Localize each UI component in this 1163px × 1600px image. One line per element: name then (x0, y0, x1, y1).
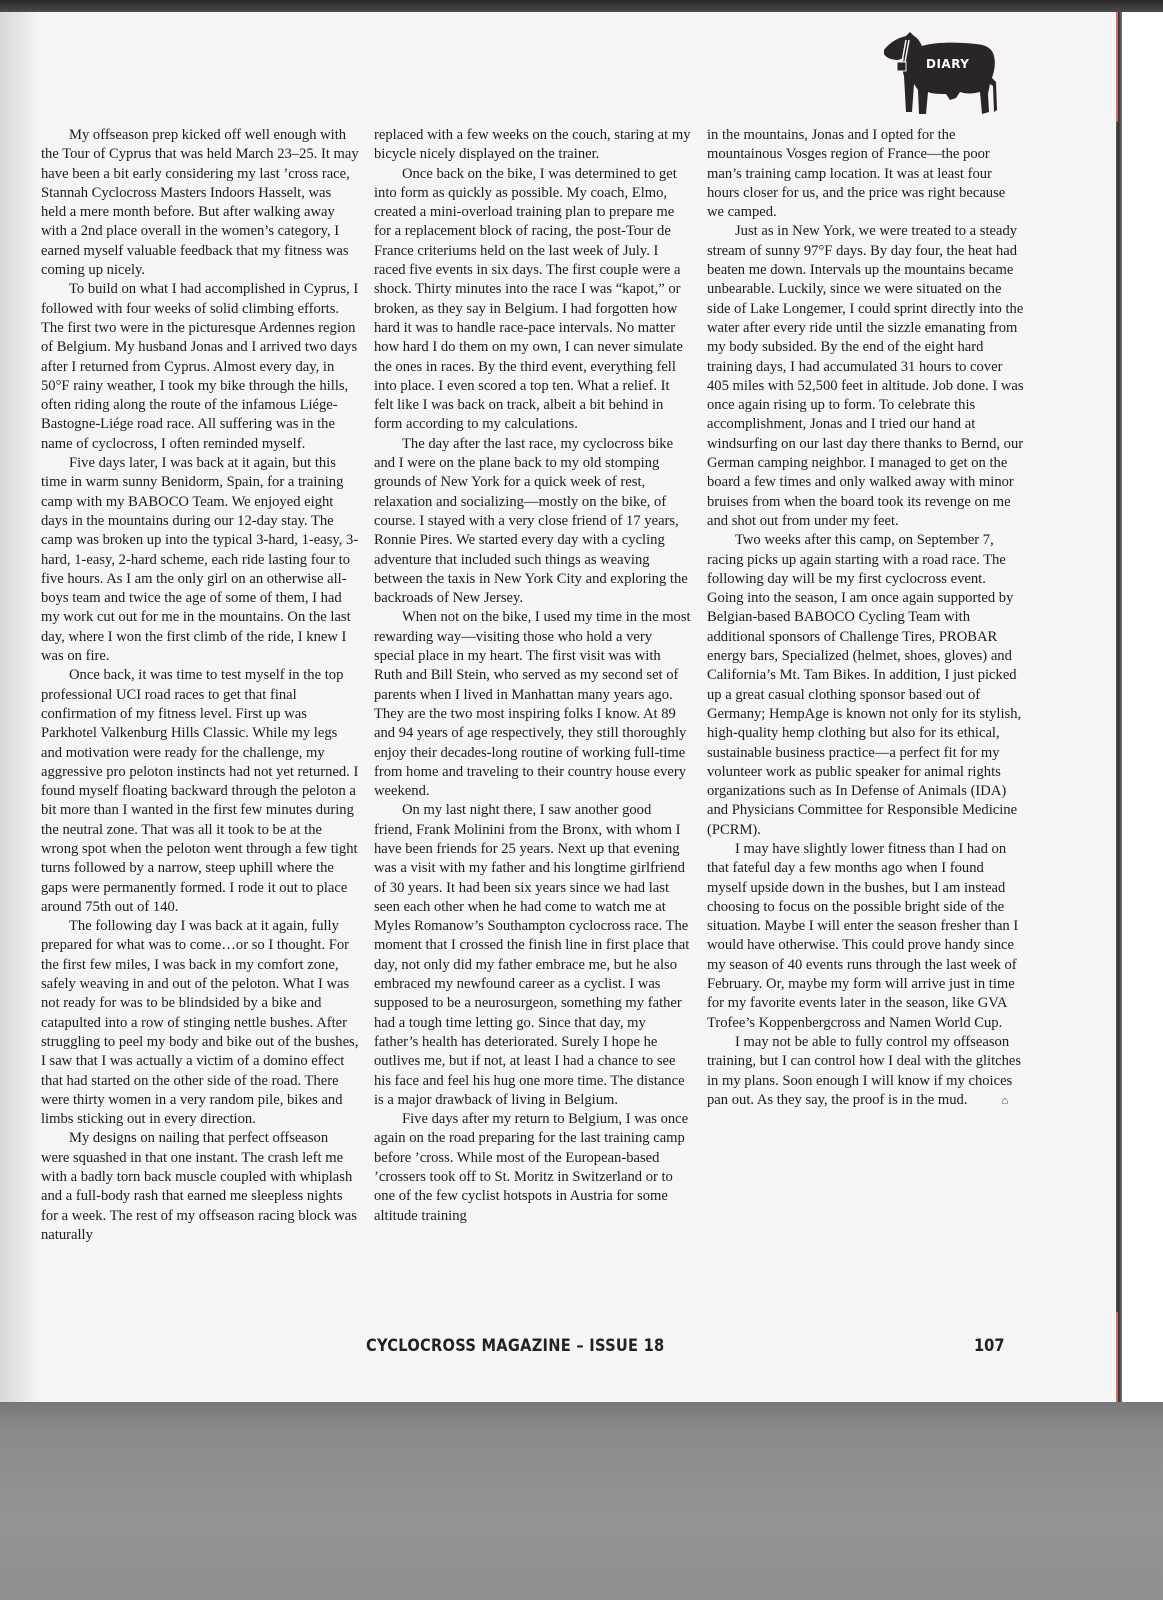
page-edge (1116, 12, 1122, 1402)
paragraph: On my last night there, I saw another go… (374, 801, 692, 1110)
paragraph-continuation: replaced with a few weeks on the couch, … (374, 126, 692, 165)
article-column-2: replaced with a few weeks on the couch, … (374, 126, 692, 1226)
paragraph: Once back, it was time to test myself in… (41, 666, 359, 917)
end-of-article-icon: ⌂ (974, 1092, 1009, 1111)
paragraph: Five days after my return to Belgium, I … (374, 1110, 692, 1226)
scan-top-edge (0, 0, 1163, 12)
paragraph: Just as in New York, we were treated to … (707, 222, 1025, 531)
paragraph: Once back on the bike, I was determined … (374, 165, 692, 435)
binding-shadow (0, 12, 40, 1402)
paragraph: The following day I was back at it again… (41, 917, 359, 1129)
paragraph: My offseason prep kicked off well enough… (41, 126, 359, 280)
paragraph: To build on what I had accomplished in C… (41, 280, 359, 454)
paragraph: I may have slightly lower fitness than I… (707, 840, 1025, 1033)
page-edge-tint (1116, 1312, 1118, 1402)
page-number: 107 (974, 1336, 1005, 1356)
section-label: DIARY (926, 57, 970, 71)
publication-footer: CYCLOCROSS MAGAZINE – ISSUE 18 (366, 1336, 664, 1356)
scanner-background (0, 1402, 1163, 1600)
paragraph: Two weeks after this camp, on September … (707, 531, 1025, 840)
paragraph: When not on the bike, I used my time in … (374, 608, 692, 801)
cow-silhouette-icon (876, 24, 1004, 120)
paragraph-continuation: in the mountains, Jonas and I opted for … (707, 126, 1025, 222)
closing-paragraph: I may not be able to fully control my of… (707, 1033, 1025, 1111)
paragraph: Five days later, I was back at it again,… (41, 454, 359, 666)
article-column-1: My offseason prep kicked off well enough… (41, 126, 359, 1245)
diary-section-badge: DIARY (876, 24, 1004, 120)
page-edge-tint (1116, 12, 1118, 122)
paragraph: The day after the last race, my cyclocro… (374, 435, 692, 609)
paragraph: My designs on nailing that perfect offse… (41, 1129, 359, 1245)
article-column-3: in the mountains, Jonas and I opted for … (707, 126, 1025, 1111)
